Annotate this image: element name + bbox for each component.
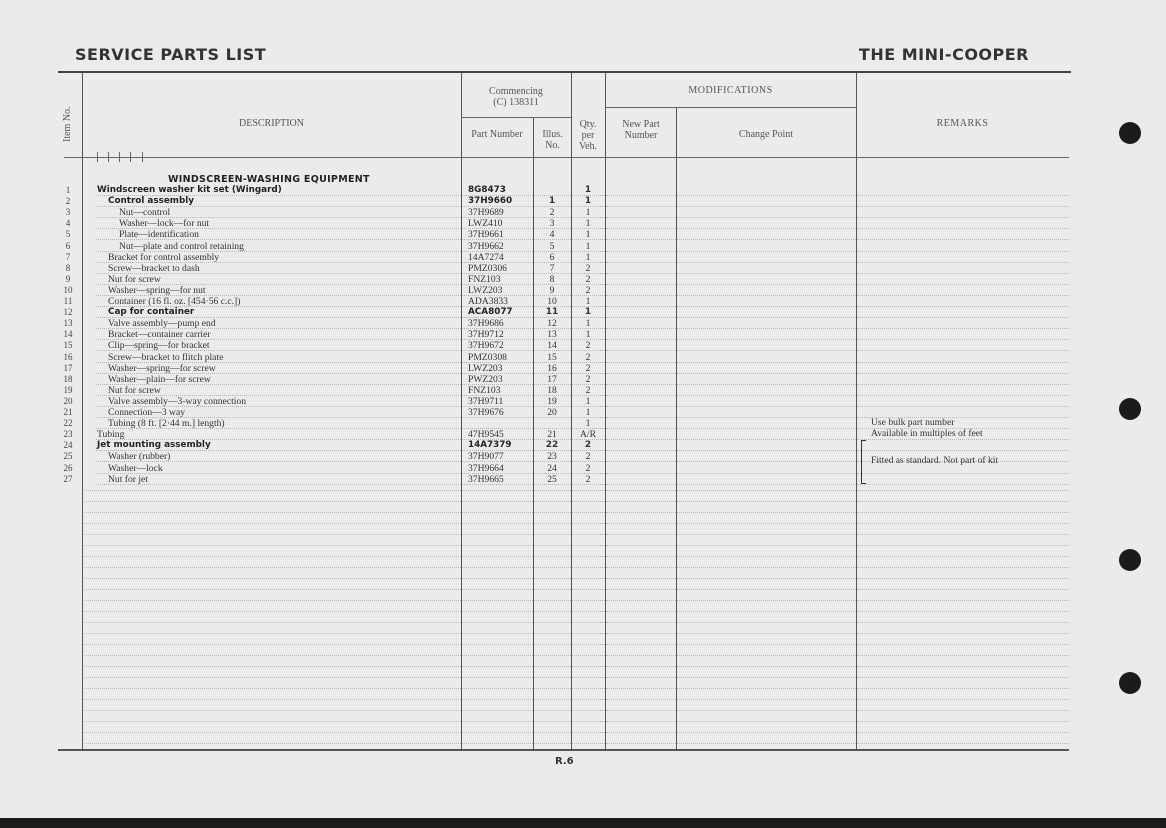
item-number: 21 — [58, 407, 78, 418]
remark-tubing-line1: Use bulk part number — [871, 417, 954, 428]
dotted-rule — [534, 600, 571, 601]
dotted-rule — [572, 589, 605, 590]
dotted-rule — [84, 743, 461, 744]
dotted-rule — [84, 600, 461, 601]
dotted-rule — [677, 666, 856, 667]
punch-hole — [1119, 672, 1141, 694]
dotted-rule — [857, 350, 1069, 351]
dotted-rule — [857, 512, 1069, 513]
dotted-rule — [857, 721, 1069, 722]
dotted-rule — [857, 644, 1069, 645]
dotted-rule — [677, 644, 856, 645]
dotted-rule — [462, 710, 533, 711]
change-point-heading: Change Point — [676, 129, 856, 140]
dotted-rule — [84, 490, 461, 491]
dotted-rule — [84, 523, 461, 524]
commencing-underline — [461, 117, 571, 118]
item-number: 5 — [58, 229, 78, 240]
dotted-rule — [857, 589, 1069, 590]
commencing-heading-line2: (C) 138311 — [461, 97, 571, 108]
item-number: 1 — [58, 185, 78, 196]
dotted-rule — [462, 523, 533, 524]
dotted-rule — [677, 721, 856, 722]
indent-tick — [108, 152, 109, 162]
dotted-rule — [606, 350, 676, 351]
item-number: 16 — [58, 352, 78, 363]
dotted-rule — [572, 710, 605, 711]
parts-list-page: SERVICE PARTS LIST THE MINI-COOPER Item … — [0, 0, 1166, 818]
dotted-rule — [572, 545, 605, 546]
item-number: 7 — [58, 252, 78, 263]
dotted-rule — [857, 699, 1069, 700]
dotted-rule — [462, 578, 533, 579]
dotted-rule — [534, 688, 571, 689]
dotted-rule — [677, 677, 856, 678]
dotted-rule — [84, 545, 461, 546]
dotted-rule — [462, 633, 533, 634]
dotted-rule — [534, 699, 571, 700]
dotted-rule — [606, 578, 676, 579]
dotted-rule — [677, 239, 856, 240]
dotted-rule — [606, 688, 676, 689]
dotted-rule — [84, 622, 461, 623]
dotted-rule — [677, 556, 856, 557]
dotted-rule — [462, 556, 533, 557]
modifications-heading: MODIFICATIONS — [605, 85, 856, 96]
item-number: 20 — [58, 396, 78, 407]
dotted-rule — [606, 461, 676, 462]
page-number: R.6 — [555, 756, 574, 767]
item-number: 10 — [58, 285, 78, 296]
dotted-rule — [84, 589, 461, 590]
dotted-rule — [857, 622, 1069, 623]
dotted-rule — [84, 512, 461, 513]
dotted-rule — [462, 534, 533, 535]
dotted-rule — [572, 655, 605, 656]
dotted-rule — [677, 523, 856, 524]
dotted-rule — [534, 743, 571, 744]
item-number: 24 — [58, 440, 78, 451]
dotted-rule — [857, 556, 1069, 557]
dotted-rule — [572, 622, 605, 623]
dotted-rule — [84, 578, 461, 579]
dotted-rule — [84, 732, 461, 733]
dotted-rule — [857, 239, 1069, 240]
dotted-rule — [572, 512, 605, 513]
dotted-rule — [534, 710, 571, 711]
dotted-rule — [534, 484, 571, 485]
dotted-rule — [534, 721, 571, 722]
dotted-rule — [606, 545, 676, 546]
dotted-rule — [606, 677, 676, 678]
dotted-rule — [462, 655, 533, 656]
dotted-rule — [606, 534, 676, 535]
dotted-rule — [534, 490, 571, 491]
dotted-rule — [572, 611, 605, 612]
dotted-rule — [462, 743, 533, 744]
dotted-rule — [534, 523, 571, 524]
dotted-rule — [677, 484, 856, 485]
item-number: 2 — [58, 196, 78, 207]
punch-hole — [1119, 122, 1141, 144]
dotted-rule — [462, 611, 533, 612]
dotted-rule — [462, 721, 533, 722]
item-number: 17 — [58, 363, 78, 374]
service-parts-list-title: SERVICE PARTS LIST — [75, 45, 266, 64]
dotted-rule — [572, 578, 605, 579]
dotted-rule — [606, 589, 676, 590]
dotted-rule — [857, 501, 1069, 502]
dotted-rule — [857, 534, 1069, 535]
dotted-rule — [677, 743, 856, 744]
dotted-rule — [534, 655, 571, 656]
dotted-rule — [857, 743, 1069, 744]
dotted-rule — [84, 655, 461, 656]
dotted-rule — [606, 655, 676, 656]
dotted-rule — [84, 567, 461, 568]
illus-no-heading: Illus. No. — [536, 129, 569, 151]
dotted-rule — [677, 578, 856, 579]
remark-tubing-line2: Available in multiples of feet — [871, 428, 983, 439]
dotted-rule — [857, 688, 1069, 689]
dotted-rule — [96, 350, 461, 351]
dotted-rule — [572, 501, 605, 502]
dotted-rule — [857, 655, 1069, 656]
item-number: 8 — [58, 263, 78, 274]
item-number: 6 — [58, 241, 78, 252]
dotted-rule — [677, 545, 856, 546]
dotted-rule — [96, 239, 461, 240]
dotted-rule — [84, 644, 461, 645]
dotted-rule — [606, 523, 676, 524]
section-title: WINDSCREEN-WASHING EQUIPMENT — [168, 174, 370, 185]
dotted-rule — [857, 578, 1069, 579]
dotted-rule — [572, 239, 605, 240]
item-number: 22 — [58, 418, 78, 429]
item-number: 27 — [58, 474, 78, 485]
modifications-underline — [605, 107, 856, 108]
dotted-rule — [572, 677, 605, 678]
indent-tick — [119, 152, 120, 162]
item-number: 3 — [58, 207, 78, 218]
dotted-rule — [534, 501, 571, 502]
dotted-rule — [677, 512, 856, 513]
dotted-rule — [606, 644, 676, 645]
item-number: 18 — [58, 374, 78, 385]
dotted-rule — [534, 578, 571, 579]
item-no-heading: Item No. — [62, 112, 76, 142]
dotted-rule — [534, 732, 571, 733]
dotted-rule — [84, 534, 461, 535]
dotted-rule — [84, 556, 461, 557]
part-number-heading: Part Number — [471, 129, 523, 140]
item-number: 11 — [58, 296, 78, 307]
dotted-rule — [462, 688, 533, 689]
dotted-rule — [572, 732, 605, 733]
remark-bracket — [861, 440, 866, 484]
dotted-rule — [462, 589, 533, 590]
dotted-rule — [677, 461, 856, 462]
dotted-rule — [606, 633, 676, 634]
dotted-rule — [857, 545, 1069, 546]
dotted-rule — [677, 622, 856, 623]
dotted-rule — [572, 523, 605, 524]
dotted-rule — [462, 699, 533, 700]
dotted-rule — [534, 461, 571, 462]
item-number: 19 — [58, 385, 78, 396]
dotted-rule — [606, 490, 676, 491]
dotted-rule — [606, 699, 676, 700]
dotted-rule — [462, 600, 533, 601]
dotted-rule — [606, 556, 676, 557]
dotted-rule — [534, 611, 571, 612]
dotted-rule — [462, 490, 533, 491]
dotted-rule — [572, 699, 605, 700]
remark-jet-assembly: Fitted as standard. Not part of kit — [871, 455, 998, 466]
dotted-rule — [572, 350, 605, 351]
commencing-heading-line1: Commencing — [461, 86, 571, 97]
indent-tick — [130, 152, 131, 162]
dotted-rule — [606, 239, 676, 240]
dotted-rule — [857, 490, 1069, 491]
dotted-rule — [462, 512, 533, 513]
dotted-rule — [857, 666, 1069, 667]
dotted-rule — [84, 699, 461, 700]
dotted-rule — [534, 622, 571, 623]
dotted-rule — [606, 512, 676, 513]
dotted-rule — [606, 611, 676, 612]
dotted-rule — [462, 677, 533, 678]
dotted-rule — [462, 461, 533, 462]
dotted-rule — [84, 611, 461, 612]
dotted-rule — [677, 350, 856, 351]
dotted-rule — [606, 743, 676, 744]
dotted-rule — [857, 633, 1069, 634]
dotted-rule — [606, 600, 676, 601]
dotted-rule — [677, 732, 856, 733]
dotted-rule — [572, 490, 605, 491]
dotted-rule — [462, 501, 533, 502]
dotted-rule — [606, 622, 676, 623]
dotted-rule — [84, 677, 461, 678]
dotted-rule — [534, 556, 571, 557]
dotted-rule — [534, 677, 571, 678]
dotted-rule — [857, 611, 1069, 612]
model-title: THE MINI-COOPER — [859, 45, 1029, 64]
dotted-rule — [534, 545, 571, 546]
item-number: 15 — [58, 340, 78, 351]
dotted-rule — [462, 567, 533, 568]
item-number: 14 — [58, 329, 78, 340]
dotted-rule — [572, 721, 605, 722]
dotted-rule — [677, 589, 856, 590]
item-number: 13 — [58, 318, 78, 329]
dotted-rule — [857, 600, 1069, 601]
dotted-rule — [677, 611, 856, 612]
dotted-rule — [462, 732, 533, 733]
item-number: 9 — [58, 274, 78, 285]
dotted-rule — [534, 589, 571, 590]
dotted-rule — [857, 484, 1069, 485]
dotted-rule — [84, 721, 461, 722]
dotted-rule — [84, 710, 461, 711]
dotted-rule — [572, 461, 605, 462]
dotted-rule — [462, 239, 533, 240]
dotted-rule — [572, 600, 605, 601]
punch-hole — [1119, 549, 1141, 571]
dotted-rule — [677, 490, 856, 491]
indent-tick — [97, 152, 98, 162]
dotted-rule — [677, 699, 856, 700]
qty-per-veh-heading: Qty. per Veh. — [573, 119, 603, 152]
dotted-rule — [677, 710, 856, 711]
dotted-rule — [84, 688, 461, 689]
dotted-rule — [462, 666, 533, 667]
dotted-rule — [534, 633, 571, 634]
dotted-rule — [572, 567, 605, 568]
dotted-rule — [606, 732, 676, 733]
item-number: 12 — [58, 307, 78, 318]
dotted-rule — [572, 743, 605, 744]
dotted-rule — [677, 633, 856, 634]
item-number: 25 — [58, 451, 78, 462]
dotted-rule — [96, 461, 461, 462]
bottom-rule — [58, 749, 1069, 751]
dotted-rule — [572, 534, 605, 535]
dotted-rule — [462, 622, 533, 623]
remarks-heading: REMARKS — [856, 118, 1069, 129]
dotted-rule — [572, 484, 605, 485]
description-heading: DESCRIPTION — [82, 118, 461, 129]
dotted-rule — [677, 567, 856, 568]
dotted-rule — [606, 484, 676, 485]
dotted-rule — [857, 732, 1069, 733]
scan-edge — [0, 818, 1166, 828]
dotted-rule — [534, 644, 571, 645]
dotted-rule — [534, 512, 571, 513]
top-rule — [58, 71, 1071, 73]
dotted-rule — [677, 501, 856, 502]
item-number: 4 — [58, 218, 78, 229]
header-bottom-rule — [64, 157, 1069, 158]
dotted-rule — [857, 523, 1069, 524]
dotted-rule — [677, 534, 856, 535]
dotted-rule — [534, 567, 571, 568]
dotted-rule — [534, 534, 571, 535]
dotted-rule — [857, 567, 1069, 568]
dotted-rule — [84, 666, 461, 667]
dotted-rule — [462, 545, 533, 546]
dotted-rule — [96, 484, 461, 485]
dotted-rule — [534, 239, 571, 240]
dotted-rule — [572, 666, 605, 667]
dotted-rule — [857, 677, 1069, 678]
dotted-rule — [677, 688, 856, 689]
item-number: 23 — [58, 429, 78, 440]
dotted-rule — [462, 350, 533, 351]
new-part-number-heading: New Part Number — [616, 119, 666, 141]
dotted-rule — [606, 710, 676, 711]
dotted-rule — [572, 633, 605, 634]
dotted-rule — [606, 567, 676, 568]
dotted-rule — [572, 688, 605, 689]
dotted-rule — [84, 501, 461, 502]
punch-hole — [1119, 398, 1141, 420]
dotted-rule — [677, 600, 856, 601]
dotted-rule — [462, 484, 533, 485]
dotted-rule — [606, 501, 676, 502]
dotted-rule — [534, 350, 571, 351]
dotted-rule — [534, 666, 571, 667]
dotted-rule — [84, 633, 461, 634]
dotted-rule — [572, 556, 605, 557]
dotted-rule — [677, 655, 856, 656]
item-number: 26 — [58, 463, 78, 474]
dotted-rule — [572, 644, 605, 645]
dotted-rule — [462, 644, 533, 645]
dotted-rule — [606, 721, 676, 722]
indent-tick — [142, 152, 143, 162]
dotted-rule — [857, 710, 1069, 711]
dotted-rule — [606, 666, 676, 667]
